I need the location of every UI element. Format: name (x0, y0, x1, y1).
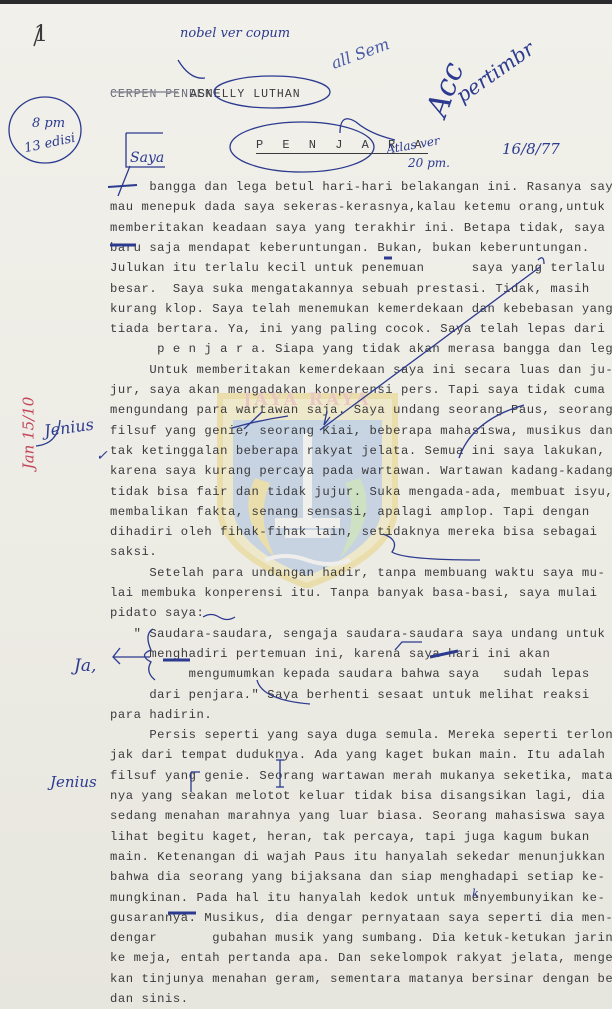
text-line: main. Ketenangan di wajah Paus itu hanya… (110, 850, 605, 864)
page-number-mark: 1 (34, 22, 49, 47)
text-line: tidak bisa fair dan tidak jujur. Suka me… (110, 485, 612, 499)
text-line: ke meja, entah pertanda apa. Dan sekelom… (110, 951, 612, 965)
text-line: tak ketinggalan beberapa rakyat jelata. … (110, 444, 605, 458)
text-line: menghadiri pertemuan ini, karena saya ha… (110, 647, 550, 661)
margin-red-date: Jan 15/10 (19, 397, 37, 470)
text-line: mungkinan. Pada hal itu hanyalah kedok u… (110, 891, 605, 905)
text-line: dan sinis. (110, 992, 189, 1006)
text-line: baru saja mendapat keberuntungan. Bukan,… (110, 241, 590, 255)
text-line: " Saudara-saudara, sengaja saudara-sauda… (110, 627, 605, 641)
text-line: jur, saya akan mengadakan konperensi per… (110, 383, 605, 397)
text-line: lai membuka konperensi itu. Tanpa banyak… (110, 586, 598, 600)
author-name: ASNELLY LUTHAN (190, 88, 301, 101)
text-line: memberitakan keadaan saya yang terakhir … (110, 221, 605, 235)
text-line: besar. Saya suka mengatakannya sebuah pr… (110, 282, 590, 296)
note-date: 16/8/77 (502, 140, 560, 158)
insert-saya: Saya (130, 150, 164, 166)
text-line: Julukan itu terlalu kecil untuk penemuan… (110, 261, 605, 275)
text-line: filsuf yang genie, seorang Kiai, beberap… (110, 424, 612, 438)
text-line: Setelah para undangan hadir, tanpa membu… (110, 566, 605, 580)
margin-check-mark: ✓ (96, 448, 108, 464)
text-line: para hadirin. (110, 708, 212, 722)
insert-k: k (472, 887, 479, 900)
note-fee-amount: 20 pm. (408, 156, 450, 170)
text-line: gusarannya. Musikus, dia dengar pernyata… (110, 911, 612, 925)
text-line: Untuk memberitakan kemerdekaan saya ini … (110, 363, 612, 377)
text-line: dihadiri oleh fihak-fihak lain, setidakn… (110, 525, 598, 539)
text-line: dari penjara." Saya berhenti sesaat untu… (110, 688, 590, 702)
text-line: tiada bertara. Ya, ini yang paling cocok… (110, 322, 605, 336)
text-line: kurang klop. Saya telah menemukan kemerd… (110, 302, 612, 316)
margin-ja: Ja, (74, 656, 96, 676)
note-top: nobel ver copum (180, 26, 290, 41)
text-line: pidato saya: (110, 606, 204, 620)
margin-genius-2: Jenius (50, 773, 97, 791)
text-line: nya yang seakan melotot keluar tidak bis… (110, 789, 605, 803)
text-line: mau menepuk dada saya sekeras-kerasnya,k… (110, 200, 605, 214)
text-line: mengundang para wartawan saja. Saya unda… (110, 403, 612, 417)
circled-note-line1: 8 pm (32, 116, 65, 131)
text-line: sedang menahan marahnya yang luar biasa.… (110, 809, 605, 823)
text-line: bangga dan lega betul hari-hari belakang… (110, 180, 612, 194)
text-line: karena saya kurang percaya pada wartawan… (110, 464, 612, 478)
text-line: jak dari tempat duduknya. Ada yang kaget… (110, 748, 605, 762)
text-line: membalikan fakta, senang sensasi, apalag… (110, 505, 590, 519)
text-line: kan tinjunya menahan geram, sementara ma… (110, 972, 612, 986)
text-line: mengumumkan kepada saudara bahwa saya su… (110, 667, 590, 681)
text-line: saksi. (110, 545, 157, 559)
text-line: p e n j a r a. Siapa yang tidak akan mer… (110, 342, 612, 356)
text-line: filsuf yang genie. Seorang wartawan mera… (110, 769, 612, 783)
text-line: dengar gubahan musik yang sumbang. Dia k… (110, 931, 612, 945)
text-line: Persis seperti yang saya duga semula. Me… (110, 728, 612, 742)
text-line: bahwa dia seorang yang bijaksana dan sia… (110, 870, 605, 884)
text-line: lihat begitu kaget, heran, tak percaya, … (110, 830, 590, 844)
